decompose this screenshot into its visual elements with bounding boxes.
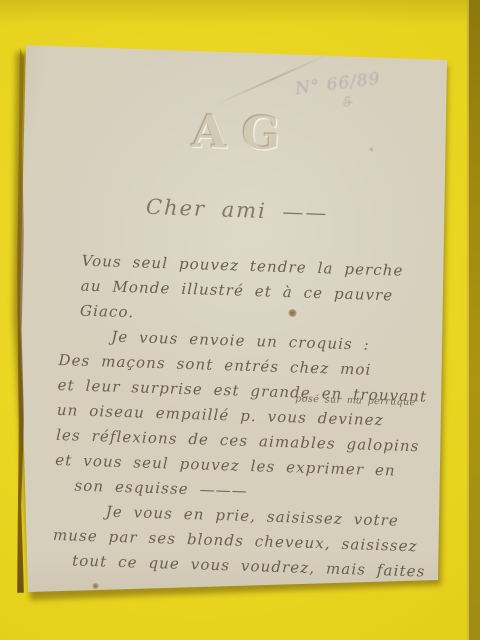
photo-of-letter: A G N° 66/89 5 Cher ami —— Vous seul pou… (0, 0, 480, 640)
letter-paper: A G N° 66/89 5 Cher ami —— Vous seul pou… (0, 0, 480, 640)
letter-salutation: Cher ami —— (146, 195, 329, 225)
embossed-monogram: A G (191, 109, 281, 156)
letter-lines: Vous seul pouvez tendre la percheau Mond… (52, 248, 458, 585)
monogram-letter-a: A (191, 109, 227, 155)
paper-stain (92, 583, 99, 589)
pencil-note-sub: 5 (342, 91, 383, 111)
monogram-letter-g: G (241, 110, 281, 156)
pencil-inventory-note: N° 66/89 5 (294, 69, 384, 116)
paper-stain (369, 147, 374, 152)
